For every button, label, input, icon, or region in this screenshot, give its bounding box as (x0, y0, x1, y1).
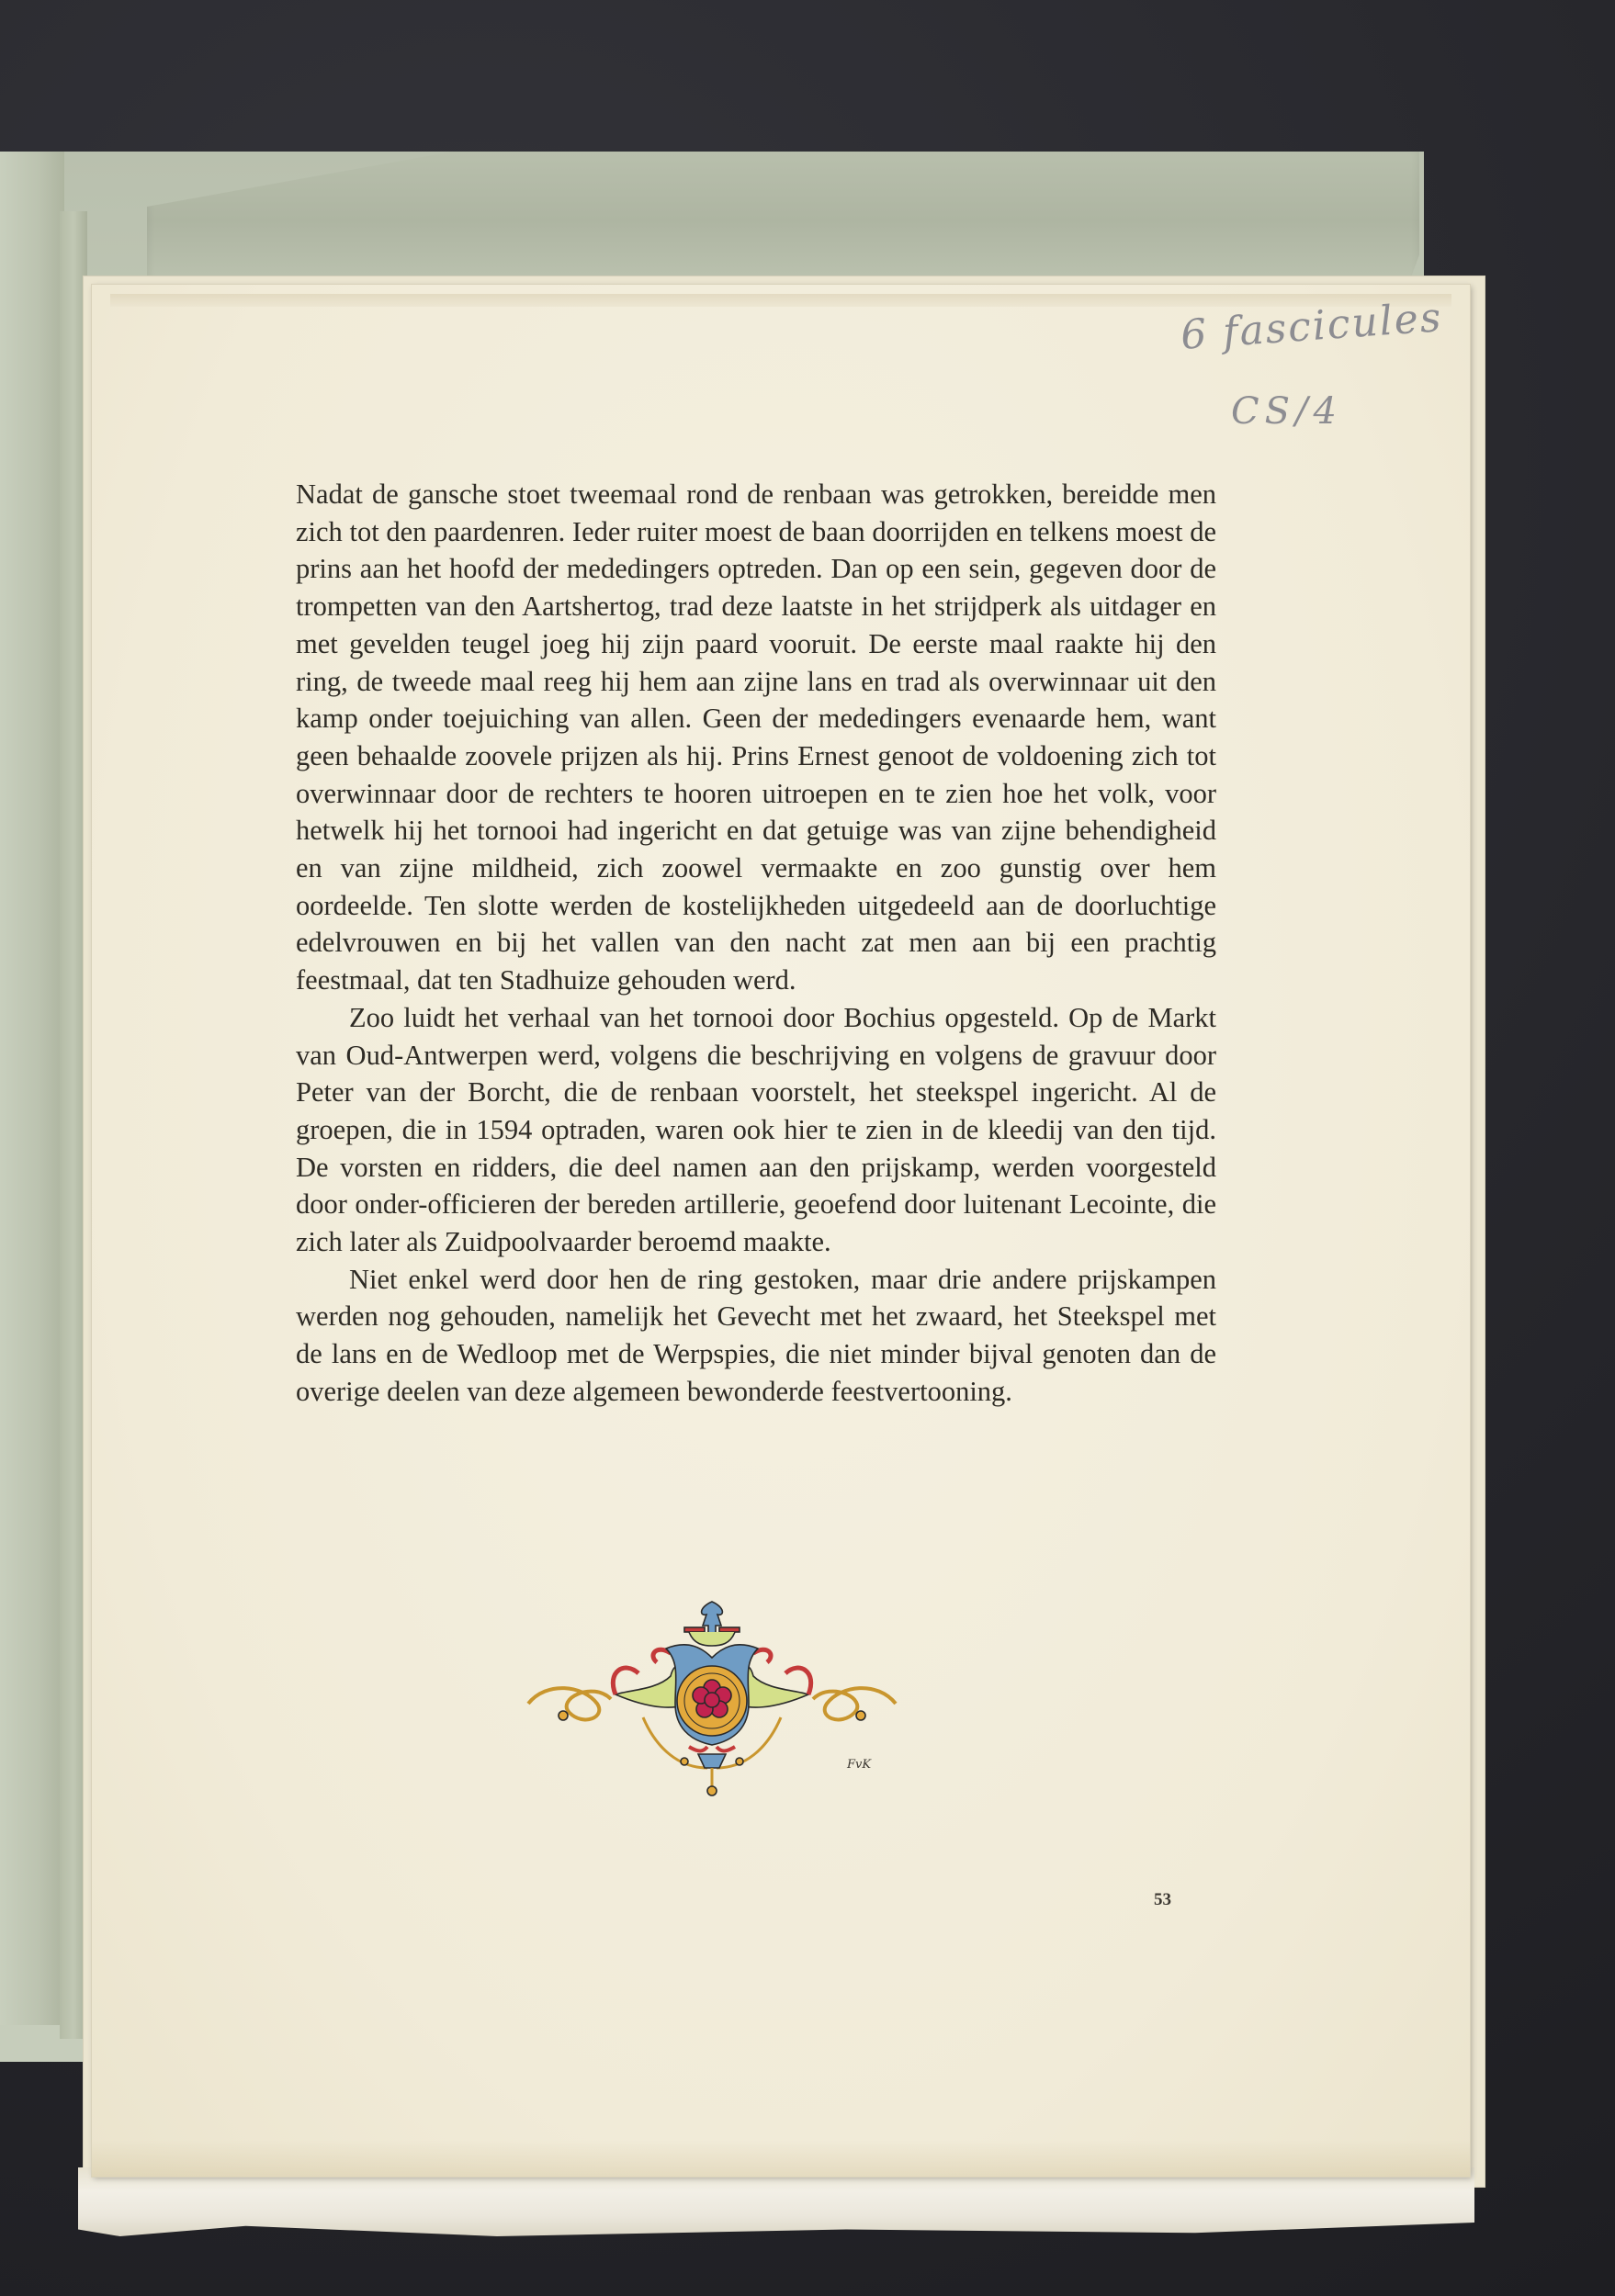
folder-top-flap (147, 152, 1419, 289)
paragraph: Zoo luidt het verhaal van het tornooi do… (296, 999, 1216, 1261)
artist-monogram: FvK (847, 1758, 871, 1772)
folder-left-flap (0, 152, 64, 2025)
paragraph: Niet enkel werd door hen de ring gestoke… (296, 1261, 1216, 1411)
handwritten-shelfmark: CS/4 (1231, 390, 1342, 433)
body-text: Nadat de gansche stoet tweemaal rond de … (296, 476, 1216, 1411)
page-bottom-stain (92, 2140, 1470, 2177)
page-stack-bottom-edge (78, 2167, 1474, 2236)
book-page: 6 fascicules CS/4 Nadat de gansche stoet… (92, 285, 1470, 2177)
paragraph: Nadat de gansche stoet tweemaal rond de … (296, 476, 1216, 999)
page-number: 53 (1154, 1890, 1171, 1910)
page-top-stain (110, 294, 1451, 307)
